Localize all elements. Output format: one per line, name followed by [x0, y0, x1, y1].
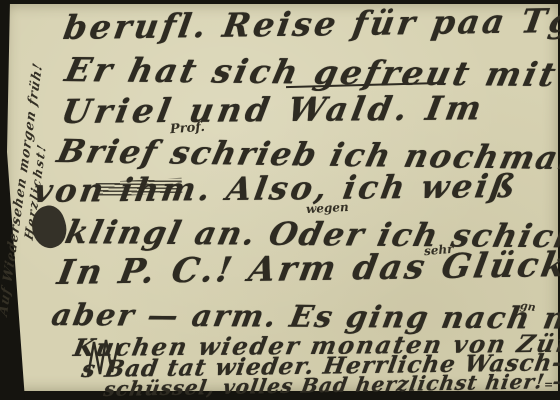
end-mark: =: [544, 378, 553, 391]
pen-flourish: [84, 336, 124, 380]
right-margin-annotation: gn: [519, 299, 536, 314]
handwriting-line-1: berufl. Reise für paa Tge.: [61, 0, 560, 47]
postcard-scan: berufl. Reise für paa Tge. Er hat sich g…: [0, 0, 560, 400]
handwriting-line-7: In P. C.! Arm das Glück,: [54, 245, 560, 293]
handwriting-line-3: Uriel und Wald. Im: [58, 88, 488, 131]
interline-insertion-prof: Prof.: [170, 120, 206, 137]
interline-insertion-sehr: sehr: [423, 242, 454, 259]
interline-insertion-wegen: wegen: [306, 200, 349, 216]
